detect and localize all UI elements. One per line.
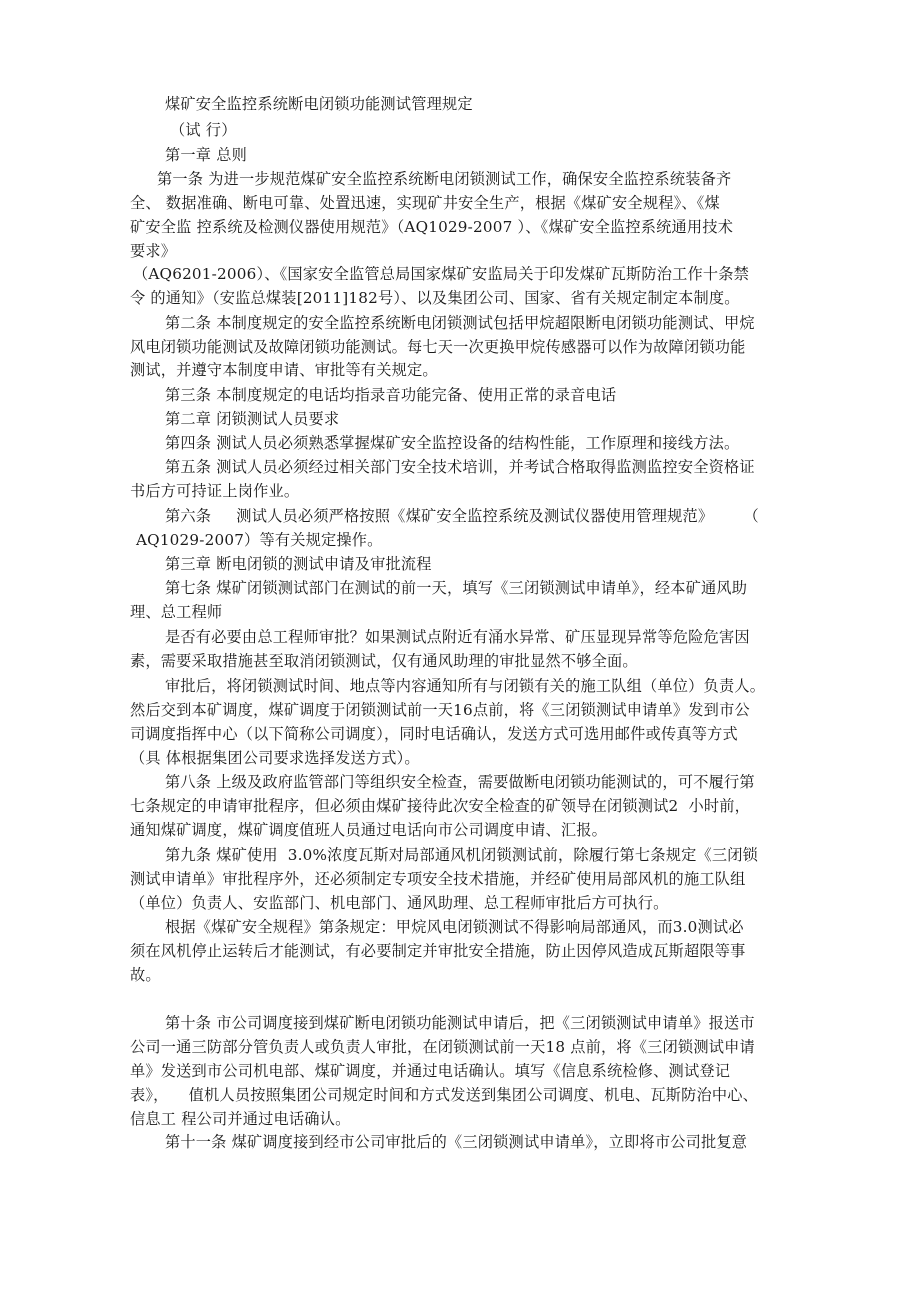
text-line: 素，需要采取措施甚至取消闭锁测试，仅有通风助理的审批显然不够全面。 — [130, 651, 638, 671]
text-line: 第三条 本制度规定的电话均指录音功能完备、使用正常的录音电话 — [165, 385, 616, 405]
text-line: AQ1029-2007）等有关规定操作。 — [136, 530, 383, 550]
text-line: 七条规定的申请审批程序，但必须由煤矿接待此次安全检查的矿领导在闭锁测试2 小时前… — [130, 796, 750, 816]
text-line: 第一条 为进一步规范煤矿安全监控系统断电闭锁测试工作，确保安全监控系统装备齐 — [157, 169, 731, 189]
text-line: 是否有必要由总工程师审批？如果测试点附近有涌水异常、矿压显现异常等危险危害因 — [165, 627, 750, 647]
text-line: 须在风机停止运转后才能测试，有必要制定并审批安全措施，防止因停风造成瓦斯超限等事 — [130, 941, 746, 961]
text-line: 第九条 煤矿使用 3.0%浓度瓦斯对局部通风机闭锁测试前，除履行第七条规定《三闭… — [165, 845, 758, 865]
text-line: 理、总工程师 — [130, 602, 222, 622]
text-line: 第二章 闭锁测试人员要求 — [165, 409, 339, 429]
text-line: 测试申请单》审批程序外，还必须制定专项安全技术措施，并经矿使用局部风机的施工队组 — [130, 869, 746, 889]
text-line: 公司一通三防部分管负责人或负责人审批，在闭锁测试前一天18 点前，将《三闭锁测试… — [130, 1037, 755, 1057]
text-line: 信息工 程公司并通过电话确认。 — [130, 1109, 350, 1129]
text-line: 第二条 本制度规定的安全监控系统断电闭锁测试包括甲烷超限断电闭锁功能测试、甲烷 — [165, 313, 755, 333]
document-title: 煤矿安全监控系统断电闭锁功能测试管理规定 — [165, 94, 473, 114]
text-line: 第七条 煤矿闭锁测试部门在测试的前一天，填写《三闭锁测试申请单》，经本矿通风助 — [165, 578, 747, 598]
text-line: 书后方可持证上岗作业。 — [130, 481, 299, 501]
text-line: 第三章 断电闭锁的测试申请及审批流程 — [165, 554, 432, 574]
text-line: 第六条 测试人员必须严格按照《煤矿安全监控系统及测试仪器使用管理规范》 （ — [165, 506, 759, 526]
text-line: 第四条 测试人员必须熟悉掌握煤矿安全监控设备的结构性能，工作原理和接线方法。 — [165, 433, 739, 453]
text-line: 单》发送到市公司机电部、煤矿调度，并通过电话确认。填写《信息系统检修、测试登记 — [130, 1061, 730, 1081]
text-line: 故。 — [130, 965, 161, 985]
text-line: 令 的通知》（安监总煤装[2011]182号）、以及集团公司、国家、省有关规定制… — [130, 288, 740, 308]
document-subtitle: （试 行） — [170, 120, 237, 140]
text-line: 第十一条 煤矿调度接到经市公司审批后的《三闭锁测试申请单》，立即将市公司批复意 — [165, 1132, 747, 1152]
text-line: （具 体根据集团公司要求选择发送方式）。 — [130, 748, 420, 768]
text-line: 第八条 上级及政府监管部门等组织安全检查，需要做断电闭锁功能测试的，可不履行第 — [165, 772, 755, 792]
text-line: （AQ6201-2006）、《国家安全监管总局国家煤矿安监局关于印发煤矿瓦斯防治… — [133, 264, 749, 284]
text-line: 第一章 总则 — [165, 145, 247, 165]
text-line: 全、 数据准确、断电可靠、处置迅速，实现矿井安全生产，根据《煤矿安全规程》、《煤 — [130, 193, 720, 213]
text-line: （单位）负责人、安监部门、机电部门、通风助理、总工程师审批后方可执行。 — [130, 893, 669, 913]
text-line: 要求》 — [130, 241, 176, 261]
text-line: 风电闭锁功能测试及故障闭锁功能测试。每七天一次更换甲烷传感器可以作为故障闭锁功能 — [130, 337, 746, 357]
text-line: 第五条 测试人员必须经过相关部门安全技术培训，并考试合格取得监测监控安全资格证 — [165, 457, 755, 477]
text-line: 然后交到本矿调度，煤矿调度于闭锁测试前一天16点前，将《三闭锁测试申请单》发到市… — [130, 700, 750, 720]
text-line: 司调度指挥中心（以下简称公司调度），同时电话确认，发送方式可选用邮件或传真等方式 — [130, 724, 738, 744]
document-page: 煤矿安全监控系统断电闭锁功能测试管理规定（试 行）第一章 总则第一条 为进一步规… — [0, 0, 920, 1302]
text-line: 测试，并遵守本制度申请、审批等有关规定。 — [130, 360, 438, 380]
text-line: 矿安全监 控系统及检测仪器使用规范》（AQ1029-2007 ）、《煤矿安全监控… — [130, 217, 733, 237]
text-line: 根据《煤矿安全规程》第条规定：甲烷风电闭锁测试不得影响局部通风，而3.0测试必 — [165, 917, 744, 937]
text-line: 第十条 市公司调度接到煤矿断电闭锁功能测试申请后，把《三闭锁测试申请单》报送市 — [165, 1013, 755, 1033]
text-line: 表》， 值机人员按照集团公司规定时间和方式发送到集团公司调度、机电、瓦斯防治中心… — [130, 1085, 758, 1105]
text-line: 通知煤矿调度，煤矿调度值班人员通过电话向市公司调度申请、汇报。 — [130, 820, 607, 840]
text-line: 审批后，将闭锁测试时间、地点等内容通知所有与闭锁有关的施工队组（单位）负责人。 — [165, 676, 765, 696]
